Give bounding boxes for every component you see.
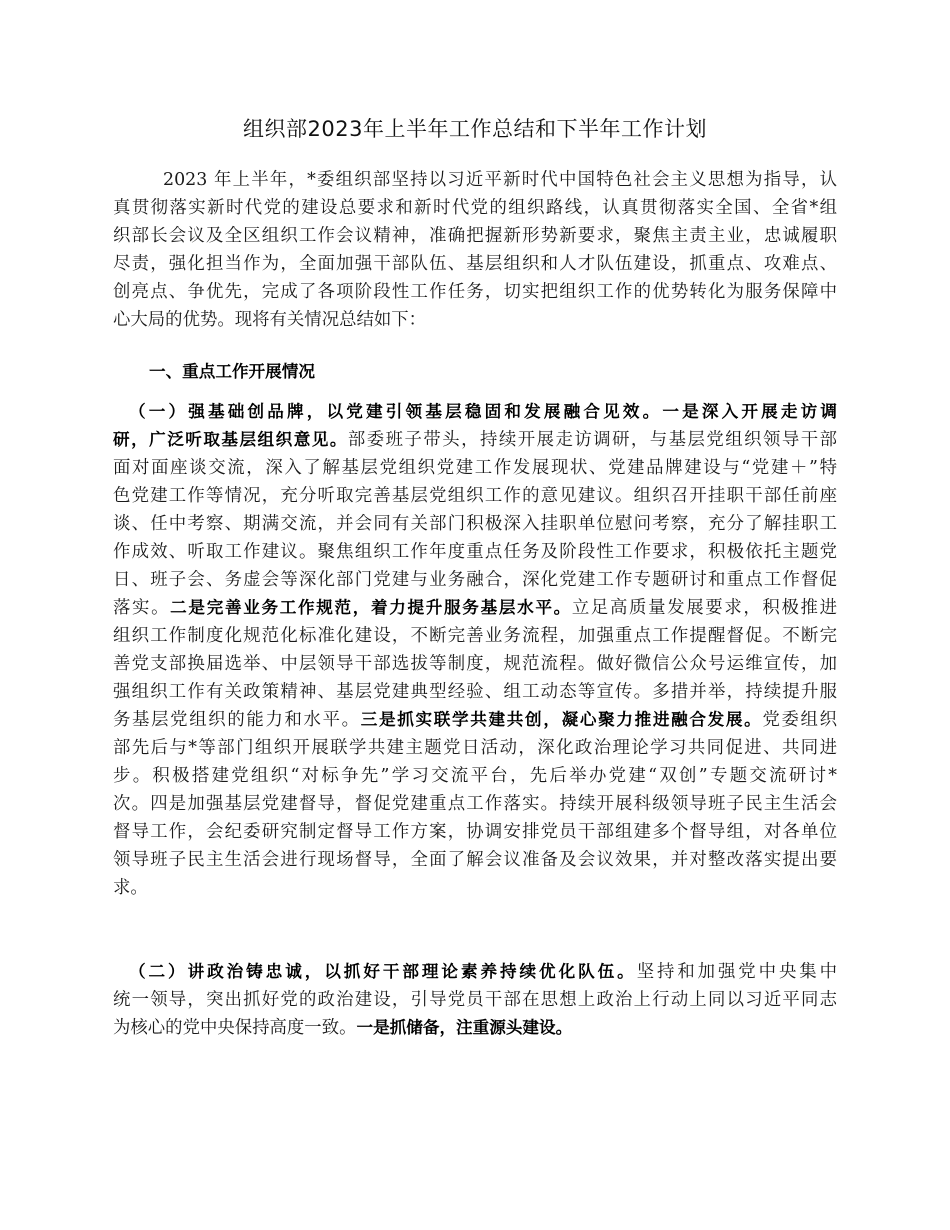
body-line: 统一领导，突出抓好党的政治建设，引导党员干部在思想上政治上行动上同以习近平同志 (113, 986, 837, 1014)
body-line: 善党支部换届选举、中层领导干部选拔等制度，规范流程。做好微信公众号运维宣传，加 (113, 650, 837, 678)
body-line: 步。积极搭建党组织“对标争先”学习交流平台，先后举办党建“双创”专题交流研讨* (113, 762, 837, 790)
intro-line: 心大局的优势。现将有关情况总结如下： (113, 306, 837, 334)
document-title: 组织部2023年上半年工作总结和下半年工作计划 (0, 113, 950, 143)
bold-subheading: 三是抓实联学共建共创，凝心聚力推进融合发展。 (361, 710, 763, 729)
bold-subheading: 二是完善业务工作规范，着力提升服务基层水平。 (170, 598, 572, 617)
body-line: 谈、任中考察、期满交流，并会同有关部门积极深入挂职单位慰问考察，充分了解挂职工 (113, 510, 837, 538)
document-page: 组织部2023年上半年工作总结和下半年工作计划 2023 年上半年，*委组织部坚… (0, 0, 950, 1230)
intro-line: 2023 年上半年，*委组织部坚持以习近平新时代中国特色社会主义思想为指导，认 (163, 170, 837, 190)
section-2-heading: （二）讲政治铸忠诚，以抓好干部理论素养持续优化队伍。 (129, 962, 637, 981)
section-1-heading: （一）强基础创品牌，以党建引领基层稳固和发展融合见效。一是深入开展走访调 (129, 402, 837, 421)
body-line: 作成效、听取工作建议。聚焦组织工作年度重点任务及阶段性工作要求，积极依托主题党 (113, 538, 837, 566)
intro-line: 织部长会议及全区组织工作会议精神，准确把握新形势新要求，聚焦主责主业，忠诚履职 (113, 222, 837, 250)
body-line: 督导工作，会纪委研究制定督导工作方案，协调安排党员干部组建多个督导组，对各单位 (113, 818, 837, 846)
body-line: 领导班子民主生活会进行现场督导，全面了解会议准备及会议效果，并对整改落实提出要 (113, 846, 837, 874)
bold-subheading: 一是抓储备，注重源头建设。 (356, 1018, 572, 1037)
body-line: 色党建工作等情况，充分听取完善基层党组织工作的意见建议。组织召开挂职干部任前座 (113, 482, 837, 510)
intro-line: 真贯彻落实新时代党的建设总要求和新时代党的组织路线，认真贯彻落实全国、全省*组 (113, 194, 837, 222)
body-line: 组织工作制度化规范化标准化建设，不断完善业务流程，加强重点工作提醒督促。不断完 (113, 622, 837, 650)
body-line: 面对面座谈交流，深入了解基层党组织党建工作发展现状、党建品牌建设与“党建＋”特 (113, 454, 837, 482)
body-line: 强组织工作有关政策精神、基层党建典型经验、组工动态等宣传。多措并举，持续提升服 (113, 678, 837, 706)
body-line: 日、班子会、务虚会等深化部门党建与业务融合，深化党建工作专题研讨和重点工作督促 (113, 566, 837, 594)
body-line: 部先后与*等部门组织开展联学共建主题党日活动，深化政治理论学习共同促进、共同进 (113, 734, 837, 762)
section-heading: 一、重点工作开展情况 (149, 358, 315, 386)
body-line: 求。 (113, 874, 837, 902)
intro-line: 创亮点、争优先，完成了各项阶段性工作任务，切实把组织工作的优势转化为服务保障中 (113, 278, 837, 306)
intro-line: 尽责，强化担当作为，全面加强干部队伍、基层组织和人才队伍建设，抓重点、攻难点、 (113, 250, 837, 278)
body-line: 次。四是加强基层党建督导，督促党建重点工作落实。持续开展科级领导班子民主生活会 (113, 790, 837, 818)
bold-subheading: 研，广泛听取基层组织意见。 (113, 430, 348, 449)
